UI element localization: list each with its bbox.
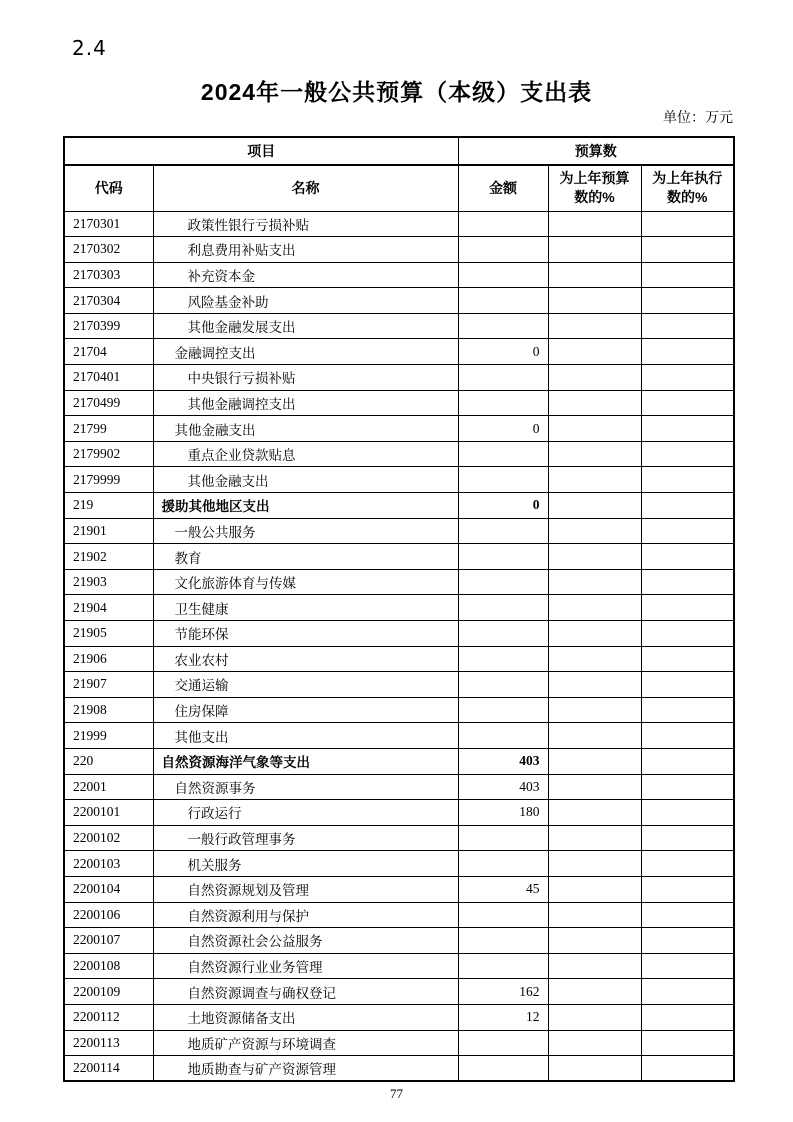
row-name: 自然资源调查与确权登记 bbox=[153, 979, 458, 1005]
row-amount bbox=[458, 825, 548, 851]
row-code: 2200102 bbox=[64, 825, 153, 851]
row-amount bbox=[458, 723, 548, 749]
row-name: 风险基金补助 bbox=[153, 288, 458, 314]
row-amount bbox=[458, 518, 548, 544]
table-row: 21999其他支出 bbox=[64, 723, 734, 749]
row-name: 住房保障 bbox=[153, 697, 458, 723]
table-row: 219援助其他地区支出0 bbox=[64, 493, 734, 519]
page-number: 77 bbox=[0, 1086, 793, 1102]
row-pct-prev-budget bbox=[548, 467, 641, 493]
row-amount bbox=[458, 928, 548, 954]
row-code: 21908 bbox=[64, 697, 153, 723]
row-pct-prev-exec bbox=[641, 467, 734, 493]
row-amount bbox=[458, 211, 548, 237]
row-name: 补充资本金 bbox=[153, 262, 458, 288]
row-code: 2170301 bbox=[64, 211, 153, 237]
table-row: 2200109自然资源调查与确权登记162 bbox=[64, 979, 734, 1005]
row-code: 2200108 bbox=[64, 953, 153, 979]
row-pct-prev-exec bbox=[641, 646, 734, 672]
row-name: 其他支出 bbox=[153, 723, 458, 749]
row-pct-prev-exec bbox=[641, 288, 734, 314]
row-pct-prev-exec bbox=[641, 723, 734, 749]
table-row: 21799其他金融支出0 bbox=[64, 416, 734, 442]
row-pct-prev-budget bbox=[548, 774, 641, 800]
table-row: 2200112土地资源储备支出12 bbox=[64, 1004, 734, 1030]
row-pct-prev-budget bbox=[548, 621, 641, 647]
row-amount bbox=[458, 365, 548, 391]
row-name: 节能环保 bbox=[153, 621, 458, 647]
row-name: 政策性银行亏损补贴 bbox=[153, 211, 458, 237]
section-number: 2.4 bbox=[72, 36, 107, 60]
row-pct-prev-exec bbox=[641, 1030, 734, 1056]
row-pct-prev-budget bbox=[548, 211, 641, 237]
row-pct-prev-budget bbox=[548, 672, 641, 698]
row-code: 2170499 bbox=[64, 390, 153, 416]
header-code: 代码 bbox=[64, 165, 153, 211]
row-name: 机关服务 bbox=[153, 851, 458, 877]
row-code: 2179902 bbox=[64, 441, 153, 467]
row-pct-prev-budget bbox=[548, 1056, 641, 1082]
row-amount bbox=[458, 1030, 548, 1056]
row-name: 金融调控支出 bbox=[153, 339, 458, 365]
row-pct-prev-exec bbox=[641, 774, 734, 800]
row-pct-prev-exec bbox=[641, 902, 734, 928]
table-row: 2200102一般行政管理事务 bbox=[64, 825, 734, 851]
row-amount: 403 bbox=[458, 748, 548, 774]
row-pct-prev-exec bbox=[641, 876, 734, 902]
row-name: 卫生健康 bbox=[153, 595, 458, 621]
row-name: 中央银行亏损补贴 bbox=[153, 365, 458, 391]
row-pct-prev-exec bbox=[641, 1004, 734, 1030]
row-code: 21905 bbox=[64, 621, 153, 647]
header-item-group: 项目 bbox=[64, 137, 458, 165]
row-code: 21901 bbox=[64, 518, 153, 544]
table-row: 2200101行政运行180 bbox=[64, 800, 734, 826]
row-pct-prev-exec bbox=[641, 262, 734, 288]
row-pct-prev-exec bbox=[641, 313, 734, 339]
table-row: 2170302利息费用补贴支出 bbox=[64, 237, 734, 263]
row-pct-prev-budget bbox=[548, 441, 641, 467]
row-code: 2170304 bbox=[64, 288, 153, 314]
table-row: 21906农业农村 bbox=[64, 646, 734, 672]
row-name: 自然资源行业业务管理 bbox=[153, 953, 458, 979]
row-amount: 12 bbox=[458, 1004, 548, 1030]
header-group-row: 项目 预算数 bbox=[64, 137, 734, 165]
row-amount bbox=[458, 569, 548, 595]
row-amount bbox=[458, 902, 548, 928]
table-row: 2200108自然资源行业业务管理 bbox=[64, 953, 734, 979]
table-row: 2179902重点企业贷款贴息 bbox=[64, 441, 734, 467]
row-name: 一般公共服务 bbox=[153, 518, 458, 544]
row-pct-prev-budget bbox=[548, 902, 641, 928]
table-row: 21905节能环保 bbox=[64, 621, 734, 647]
row-amount: 0 bbox=[458, 493, 548, 519]
row-pct-prev-exec bbox=[641, 518, 734, 544]
row-pct-prev-exec bbox=[641, 390, 734, 416]
row-amount bbox=[458, 595, 548, 621]
row-amount bbox=[458, 262, 548, 288]
row-name: 其他金融发展支出 bbox=[153, 313, 458, 339]
row-amount bbox=[458, 621, 548, 647]
table-row: 21704金融调控支出0 bbox=[64, 339, 734, 365]
row-pct-prev-budget bbox=[548, 697, 641, 723]
table-row: 2200103机关服务 bbox=[64, 851, 734, 877]
row-pct-prev-budget bbox=[548, 876, 641, 902]
row-name: 地质矿产资源与环境调查 bbox=[153, 1030, 458, 1056]
row-pct-prev-budget bbox=[548, 928, 641, 954]
row-code: 21904 bbox=[64, 595, 153, 621]
row-amount bbox=[458, 313, 548, 339]
row-pct-prev-exec bbox=[641, 211, 734, 237]
row-code: 21704 bbox=[64, 339, 153, 365]
row-amount bbox=[458, 390, 548, 416]
row-code: 21799 bbox=[64, 416, 153, 442]
table-row: 2179999其他金融支出 bbox=[64, 467, 734, 493]
row-name: 地质勘查与矿产资源管理 bbox=[153, 1056, 458, 1082]
table-row: 21907交通运输 bbox=[64, 672, 734, 698]
row-pct-prev-budget bbox=[548, 800, 641, 826]
header-amount: 金额 bbox=[458, 165, 548, 211]
row-pct-prev-exec bbox=[641, 825, 734, 851]
table-row: 2170303补充资本金 bbox=[64, 262, 734, 288]
row-pct-prev-budget bbox=[548, 646, 641, 672]
row-pct-prev-exec bbox=[641, 672, 734, 698]
row-pct-prev-exec bbox=[641, 416, 734, 442]
row-code: 21906 bbox=[64, 646, 153, 672]
row-amount: 45 bbox=[458, 876, 548, 902]
row-pct-prev-budget bbox=[548, 979, 641, 1005]
row-pct-prev-exec bbox=[641, 569, 734, 595]
row-pct-prev-budget bbox=[548, 416, 641, 442]
table-row: 2200114地质勘查与矿产资源管理 bbox=[64, 1056, 734, 1082]
row-code: 2200113 bbox=[64, 1030, 153, 1056]
row-code: 2170302 bbox=[64, 237, 153, 263]
row-name: 农业农村 bbox=[153, 646, 458, 672]
row-pct-prev-budget bbox=[548, 262, 641, 288]
row-pct-prev-budget bbox=[548, 493, 641, 519]
row-code: 2200114 bbox=[64, 1056, 153, 1082]
row-amount: 403 bbox=[458, 774, 548, 800]
row-pct-prev-exec bbox=[641, 493, 734, 519]
row-pct-prev-budget bbox=[548, 313, 641, 339]
table-row: 21904卫生健康 bbox=[64, 595, 734, 621]
row-code: 220 bbox=[64, 748, 153, 774]
header-pct-prev-budget: 为上年预算 数的% bbox=[548, 165, 641, 211]
row-name: 一般行政管理事务 bbox=[153, 825, 458, 851]
row-name: 其他金融调控支出 bbox=[153, 390, 458, 416]
row-pct-prev-exec bbox=[641, 441, 734, 467]
row-pct-prev-budget bbox=[548, 1030, 641, 1056]
row-name: 援助其他地区支出 bbox=[153, 493, 458, 519]
row-pct-prev-exec bbox=[641, 595, 734, 621]
row-name: 交通运输 bbox=[153, 672, 458, 698]
row-amount bbox=[458, 1056, 548, 1082]
row-code: 2200101 bbox=[64, 800, 153, 826]
row-pct-prev-budget bbox=[548, 365, 641, 391]
row-amount bbox=[458, 467, 548, 493]
row-code: 2200103 bbox=[64, 851, 153, 877]
row-pct-prev-exec bbox=[641, 697, 734, 723]
table-row: 2170401中央银行亏损补贴 bbox=[64, 365, 734, 391]
row-name: 行政运行 bbox=[153, 800, 458, 826]
row-code: 2200104 bbox=[64, 876, 153, 902]
row-code: 21907 bbox=[64, 672, 153, 698]
row-amount bbox=[458, 288, 548, 314]
row-amount bbox=[458, 646, 548, 672]
table-row: 2200106自然资源利用与保护 bbox=[64, 902, 734, 928]
row-amount: 0 bbox=[458, 416, 548, 442]
row-pct-prev-budget bbox=[548, 339, 641, 365]
table-row: 220自然资源海洋气象等支出403 bbox=[64, 748, 734, 774]
row-code: 2200112 bbox=[64, 1004, 153, 1030]
row-name: 自然资源利用与保护 bbox=[153, 902, 458, 928]
row-pct-prev-budget bbox=[548, 390, 641, 416]
row-name: 教育 bbox=[153, 544, 458, 570]
row-pct-prev-exec bbox=[641, 544, 734, 570]
row-code: 2200106 bbox=[64, 902, 153, 928]
row-name: 自然资源事务 bbox=[153, 774, 458, 800]
header-pct-prev-exec: 为上年执行 数的% bbox=[641, 165, 734, 211]
row-code: 2200107 bbox=[64, 928, 153, 954]
table-row: 21908住房保障 bbox=[64, 697, 734, 723]
document-page: 2.4 2024年一般公共预算（本级）支出表 单位：万元 项目 预算数 代码 名… bbox=[0, 0, 793, 1122]
budget-table: 项目 预算数 代码 名称 金额 为上年预算 数的% 为上年执行 数的% 2170… bbox=[63, 136, 735, 1082]
row-amount bbox=[458, 697, 548, 723]
row-code: 2170401 bbox=[64, 365, 153, 391]
row-name: 土地资源储备支出 bbox=[153, 1004, 458, 1030]
row-amount bbox=[458, 672, 548, 698]
row-pct-prev-budget bbox=[548, 953, 641, 979]
row-name: 其他金融支出 bbox=[153, 467, 458, 493]
row-pct-prev-exec bbox=[641, 237, 734, 263]
row-amount: 180 bbox=[458, 800, 548, 826]
row-pct-prev-exec bbox=[641, 851, 734, 877]
table-row: 21902教育 bbox=[64, 544, 734, 570]
row-name: 重点企业贷款贴息 bbox=[153, 441, 458, 467]
row-pct-prev-budget bbox=[548, 595, 641, 621]
row-pct-prev-exec bbox=[641, 800, 734, 826]
row-code: 2200109 bbox=[64, 979, 153, 1005]
header-name: 名称 bbox=[153, 165, 458, 211]
row-code: 22001 bbox=[64, 774, 153, 800]
table-header: 项目 预算数 代码 名称 金额 为上年预算 数的% 为上年执行 数的% bbox=[64, 137, 734, 211]
table-row: 21901一般公共服务 bbox=[64, 518, 734, 544]
table-row: 21903文化旅游体育与传媒 bbox=[64, 569, 734, 595]
row-amount bbox=[458, 237, 548, 263]
row-code: 219 bbox=[64, 493, 153, 519]
table-row: 2200113地质矿产资源与环境调查 bbox=[64, 1030, 734, 1056]
row-name: 其他金融支出 bbox=[153, 416, 458, 442]
page-title: 2024年一般公共预算（本级）支出表 bbox=[0, 74, 793, 107]
row-pct-prev-exec bbox=[641, 621, 734, 647]
header-budget-group: 预算数 bbox=[458, 137, 734, 165]
row-pct-prev-exec bbox=[641, 339, 734, 365]
row-pct-prev-budget bbox=[548, 518, 641, 544]
row-code: 2170399 bbox=[64, 313, 153, 339]
table-row: 2170304风险基金补助 bbox=[64, 288, 734, 314]
row-amount bbox=[458, 851, 548, 877]
row-amount: 162 bbox=[458, 979, 548, 1005]
row-pct-prev-budget bbox=[548, 851, 641, 877]
row-name: 利息费用补贴支出 bbox=[153, 237, 458, 263]
table-body: 2170301政策性银行亏损补贴2170302利息费用补贴支出2170303补充… bbox=[64, 211, 734, 1081]
row-code: 2179999 bbox=[64, 467, 153, 493]
header-column-row: 代码 名称 金额 为上年预算 数的% 为上年执行 数的% bbox=[64, 165, 734, 211]
table-row: 2200107自然资源社会公益服务 bbox=[64, 928, 734, 954]
row-amount bbox=[458, 441, 548, 467]
row-amount bbox=[458, 953, 548, 979]
row-pct-prev-budget bbox=[548, 825, 641, 851]
row-name: 自然资源海洋气象等支出 bbox=[153, 748, 458, 774]
table-row: 2170499其他金融调控支出 bbox=[64, 390, 734, 416]
row-pct-prev-budget bbox=[548, 544, 641, 570]
row-pct-prev-budget bbox=[548, 723, 641, 749]
row-name: 自然资源社会公益服务 bbox=[153, 928, 458, 954]
row-pct-prev-exec bbox=[641, 365, 734, 391]
row-amount: 0 bbox=[458, 339, 548, 365]
row-pct-prev-budget bbox=[548, 288, 641, 314]
row-pct-prev-budget bbox=[548, 1004, 641, 1030]
table-row: 2170301政策性银行亏损补贴 bbox=[64, 211, 734, 237]
row-pct-prev-budget bbox=[548, 569, 641, 595]
row-pct-prev-exec bbox=[641, 953, 734, 979]
row-pct-prev-exec bbox=[641, 979, 734, 1005]
row-pct-prev-exec bbox=[641, 928, 734, 954]
row-pct-prev-exec bbox=[641, 748, 734, 774]
table-row: 2200104自然资源规划及管理45 bbox=[64, 876, 734, 902]
table-row: 2170399其他金融发展支出 bbox=[64, 313, 734, 339]
row-code: 21999 bbox=[64, 723, 153, 749]
row-code: 2170303 bbox=[64, 262, 153, 288]
row-name: 自然资源规划及管理 bbox=[153, 876, 458, 902]
row-code: 21902 bbox=[64, 544, 153, 570]
unit-label: 单位：万元 bbox=[663, 107, 733, 127]
row-pct-prev-budget bbox=[548, 237, 641, 263]
row-name: 文化旅游体育与传媒 bbox=[153, 569, 458, 595]
row-code: 21903 bbox=[64, 569, 153, 595]
row-pct-prev-exec bbox=[641, 1056, 734, 1082]
row-pct-prev-budget bbox=[548, 748, 641, 774]
row-amount bbox=[458, 544, 548, 570]
table-row: 22001自然资源事务403 bbox=[64, 774, 734, 800]
